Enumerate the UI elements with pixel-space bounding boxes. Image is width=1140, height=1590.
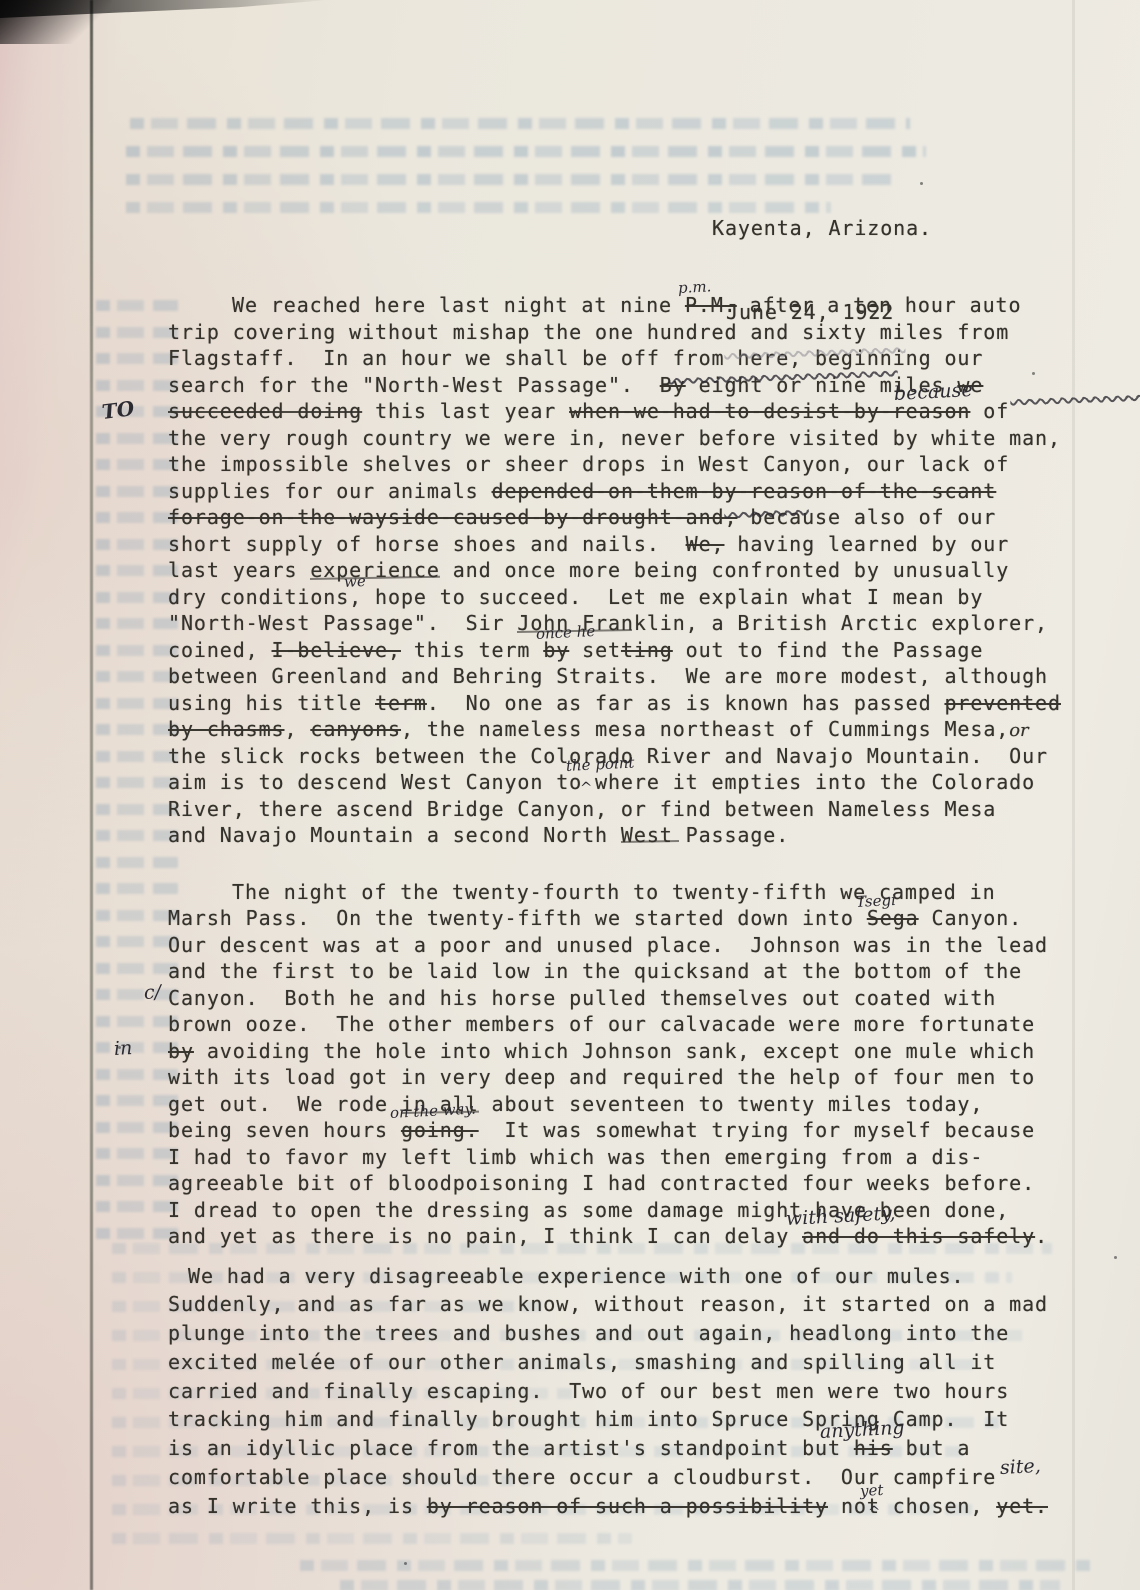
bleedthrough-line [96, 618, 178, 629]
typed-line: by avoiding the hole into which Johnson … [168, 1038, 1140, 1065]
bleedthrough-line [96, 724, 178, 735]
bleedthrough-line [96, 380, 178, 391]
bleedthrough-line [96, 353, 178, 364]
handwritten-annotation: anything [819, 1414, 905, 1447]
bleedthrough-line [126, 146, 926, 157]
handwritten-annotation: site, [999, 1452, 1041, 1483]
typed-line: Flagstaff. In an hour we shall be off fr… [168, 345, 1140, 372]
bleedthrough-line [96, 910, 178, 921]
bleedthrough-line [96, 989, 178, 1000]
handwritten-annotation: p.m. [677, 273, 712, 301]
typed-text: agreeable bit of bloodpoisoning I had co… [168, 1171, 1035, 1195]
typed-text: Our descent was at a poor and unused pla… [168, 933, 1048, 957]
typed-text: avoiding the hole into which Johnson san… [194, 1039, 1035, 1063]
bleedthrough-line [96, 539, 178, 550]
handwritten-scribble [621, 840, 679, 843]
typed-text: brown ooze. The other members of our cal… [168, 1012, 1035, 1036]
struck-text: term [375, 691, 427, 715]
typed-line: Marsh Pass. On the twenty-fifth we start… [168, 905, 1140, 932]
struck-text: by [168, 1039, 194, 1063]
bleedthrough-line [96, 512, 178, 523]
bleedthrough-line [96, 1201, 178, 1212]
handwritten-annotation: the point [565, 749, 635, 779]
typed-line: aim is to descend West Canyon to where i… [168, 769, 1140, 796]
bleedthrough-line [96, 300, 178, 311]
typed-text: using his title [168, 691, 375, 715]
typed-text: not chosen, [828, 1494, 996, 1518]
bleedthrough-line [96, 1148, 178, 1159]
struck-text: by chasms [168, 717, 284, 741]
paragraph: We reached here last night at nine P.M. … [168, 292, 1140, 849]
fold-crease-line [90, 0, 93, 1590]
bleedthrough-line [300, 1560, 1090, 1571]
typed-line: We reached here last night at nine P.M. … [168, 292, 1140, 319]
typed-text: coined, [168, 638, 272, 662]
typed-line: short supply of horse shoes and nails. W… [168, 531, 1140, 558]
bleedthrough-line [96, 1122, 178, 1133]
handwritten-annotation: ^ [579, 774, 593, 801]
typed-text: out to find the Passage [673, 638, 984, 662]
typed-text: excited melée of our other animals, smas… [168, 1350, 996, 1374]
typed-line: brown ooze. The other members of our cal… [168, 1011, 1140, 1038]
typed-line: by chasms, canyons, the nameless mesa no… [168, 716, 1140, 743]
typed-line: tracking him and finally brought him int… [168, 1405, 1140, 1434]
typed-text: and yet as there is no pain, I think I c… [168, 1224, 802, 1248]
struck-text: I-believe, [272, 638, 401, 662]
typed-text: plunge into the trees and bushes and out… [168, 1321, 1009, 1345]
handwritten-annotation: ^ [867, 1497, 881, 1526]
typed-text: this last year [362, 399, 569, 423]
typed-line: and Navajo Mountain a second North West … [168, 822, 1140, 849]
typed-line: using his title term. No one as far as i… [168, 690, 1140, 717]
bleedthrough-line [96, 671, 178, 682]
typed-text: search for the "North-West Passage". [168, 373, 660, 397]
typed-line: agreeable bit of bloodpoisoning I had co… [168, 1170, 1140, 1197]
typed-text: is an idyllic place from the artist's st… [168, 1436, 854, 1460]
typed-line: get out. We rode in all about seventeen … [168, 1091, 1140, 1118]
dateline-location: Kayenta, Arizona. [712, 214, 932, 242]
typed-text: . No one as far as is known has passed [427, 691, 945, 715]
bleedthrough-line [96, 830, 178, 841]
typed-text: being seven hours [168, 1118, 401, 1142]
typed-line: is an idyllic place from the artist's st… [168, 1434, 1140, 1463]
handwritten-scribble [724, 490, 795, 519]
bleedthrough-line [96, 1228, 178, 1239]
letter-body: We reached here last night at nine P.M. … [168, 292, 1140, 1521]
typed-text: I had to favor my left limb which was th… [168, 1145, 983, 1169]
typed-text: as I write this, is [168, 1494, 427, 1518]
bleedthrough-line [96, 592, 178, 603]
typed-line: being seven hours going. It was somewhat… [168, 1117, 1140, 1144]
typed-text: dry conditions, hope to succeed. Let me … [168, 585, 983, 609]
typed-line: and the first to be laid low in the quic… [168, 958, 1140, 985]
typed-line: forage-on-the-wayside-caused-by-drought-… [168, 504, 1140, 531]
typed-line: the impossible shelves or sheer drops in… [168, 451, 1140, 478]
bleedthrough-line [96, 857, 178, 868]
typed-line: supplies for our animals depended-on-the… [168, 478, 1140, 505]
typed-line: We had a very disagreeable experience wi… [168, 1262, 1140, 1291]
typed-line: the slick rocks between the Colorado Riv… [168, 743, 1140, 770]
struck-text: prevented [944, 691, 1060, 715]
handwritten-inline: or [1009, 720, 1028, 741]
typed-text: the very rough country we were in, never… [168, 426, 1061, 450]
bleedthrough-line [96, 883, 178, 894]
struck-text: succeeded doing [168, 399, 362, 423]
typed-text: having learned by our [724, 532, 1009, 556]
typed-text: the impossible shelves or sheer drops in… [168, 452, 1009, 476]
typed-text: Suddenly, and as far as we know, without… [168, 1292, 1048, 1316]
typed-text: with its load got in very deep and requi… [168, 1065, 1035, 1089]
typed-line: "North-West Passage". Sir John Franklin,… [168, 610, 1140, 637]
typed-text: Canyon. [919, 906, 1023, 930]
typed-line: trip covering without mishap the one hun… [168, 319, 1140, 346]
typed-line: last years experience and once more bein… [168, 557, 1140, 584]
handwritten-annotation: in [113, 1035, 133, 1062]
typed-line: as I write this, is by reason of such a … [168, 1492, 1140, 1521]
handwritten-annotation: once he [535, 617, 596, 647]
typed-line: River, there ascend Bridge Canyon, or fi… [168, 796, 1140, 823]
typed-text: of [970, 399, 1009, 423]
bleedthrough-line [96, 486, 178, 497]
struck-text: yet. [996, 1494, 1048, 1518]
handwritten-annotation: we [343, 567, 366, 595]
paragraph: The night of the twenty-fourth to twenty… [168, 879, 1140, 1250]
struck-text: forage-on-the-wayside-caused-by-drought-… [168, 505, 737, 529]
typed-line: search for the "North-West Passage". By … [168, 372, 1140, 399]
typed-line: carried and finally escaping. Two of our… [168, 1377, 1140, 1406]
typed-line: the very rough country we were in, never… [168, 425, 1140, 452]
struck-text: by reason of such a possibility [427, 1494, 828, 1518]
bleedthrough-line [96, 1175, 178, 1186]
paragraph: We had a very disagreeable experience wi… [168, 1262, 1140, 1521]
typed-text: after a ten hour auto [737, 293, 1022, 317]
scan-edge-shadow-corner [0, 0, 112, 44]
typed-line: Canyon. Both he and his horse pulled the… [168, 985, 1140, 1012]
typed-text: and the first to be laid low in the quic… [168, 959, 1022, 983]
handwritten-annotation: Tsegi [855, 887, 896, 916]
typed-line: with its load got in very deep and requi… [168, 1064, 1140, 1091]
struck-text: canyons [310, 717, 401, 741]
bleedthrough-line [96, 936, 178, 947]
bleedthrough-line [112, 1533, 632, 1544]
typed-line: The night of the twenty-fourth to twenty… [168, 879, 1140, 906]
typed-text: , [284, 717, 310, 741]
typed-line: Our descent was at a poor and unused pla… [168, 932, 1140, 959]
bleedthrough-line [96, 645, 178, 656]
typed-text: last years experience and once more bein… [168, 558, 1009, 582]
typed-text: , the nameless mesa northeast of Cumming… [401, 717, 1009, 741]
handwritten-annotation: because [893, 377, 973, 408]
typed-text: It was somewhat trying for myself becaus… [479, 1118, 1035, 1142]
handwritten-annotation: on the way. [389, 1096, 476, 1127]
letter-page: Kayenta, Arizona. June 24, 1922 We reach… [0, 0, 1140, 1590]
typed-text: We reached here last night at nine [232, 293, 685, 317]
struck-text: We, [686, 532, 725, 556]
bleedthrough-line [96, 1095, 178, 1106]
typed-text: supplies for our animals [168, 479, 492, 503]
bleedthrough-line [96, 804, 178, 815]
bleedthrough-line [340, 1580, 1060, 1590]
typed-text: Canyon. Both he and his horse pulled the… [168, 986, 996, 1010]
bleedthrough-line [96, 565, 178, 576]
typed-text: get out. We rode in all about seventeen … [168, 1092, 983, 1116]
bleedthrough-line [96, 1069, 178, 1080]
paper-speck [404, 1562, 407, 1565]
typed-text: short supply of horse shoes and nails. [168, 532, 686, 556]
bleedthrough-line [96, 433, 178, 444]
typed-text: . [1035, 1224, 1048, 1248]
bleedthrough-line [96, 1042, 178, 1053]
bleedthrough-line [130, 118, 910, 129]
typed-text: and Navajo Mountain a second North West … [168, 823, 789, 847]
bleedthrough-line [96, 1016, 178, 1027]
handwritten-annotation: TO [100, 395, 135, 425]
typed-line: and yet as there is no pain, I think I c… [168, 1223, 1140, 1250]
bleedthrough-line [96, 459, 178, 470]
typed-text: We had a very disagreeable experience wi… [188, 1264, 964, 1288]
bleedthrough-line [96, 777, 178, 788]
typed-line: excited melée of our other animals, smas… [168, 1348, 1140, 1377]
typed-text: Marsh Pass. On the twenty-fifth we start… [168, 906, 867, 930]
typed-text: carried and finally escaping. Two of our… [168, 1379, 1009, 1403]
typed-line: succeeded doing this last year when-we-h… [168, 398, 1140, 425]
typed-line: I dread to open the dressing as some dam… [168, 1197, 1140, 1224]
typed-line: Suddenly, and as far as we know, without… [168, 1290, 1140, 1319]
typed-line: I had to favor my left limb which was th… [168, 1144, 1140, 1171]
bleedthrough-line [96, 751, 178, 762]
typed-text: between Greenland and Behring Straits. W… [168, 664, 1048, 688]
bleedthrough-line [96, 698, 178, 709]
typed-line: between Greenland and Behring Straits. W… [168, 663, 1140, 690]
handwritten-annotation: c/ [143, 979, 161, 1006]
typed-line: plunge into the trees and bushes and out… [168, 1319, 1140, 1348]
bleedthrough-line [96, 963, 178, 974]
bleedthrough-line [96, 327, 178, 338]
typed-line: comfortable place should there occur a c… [168, 1463, 1140, 1492]
